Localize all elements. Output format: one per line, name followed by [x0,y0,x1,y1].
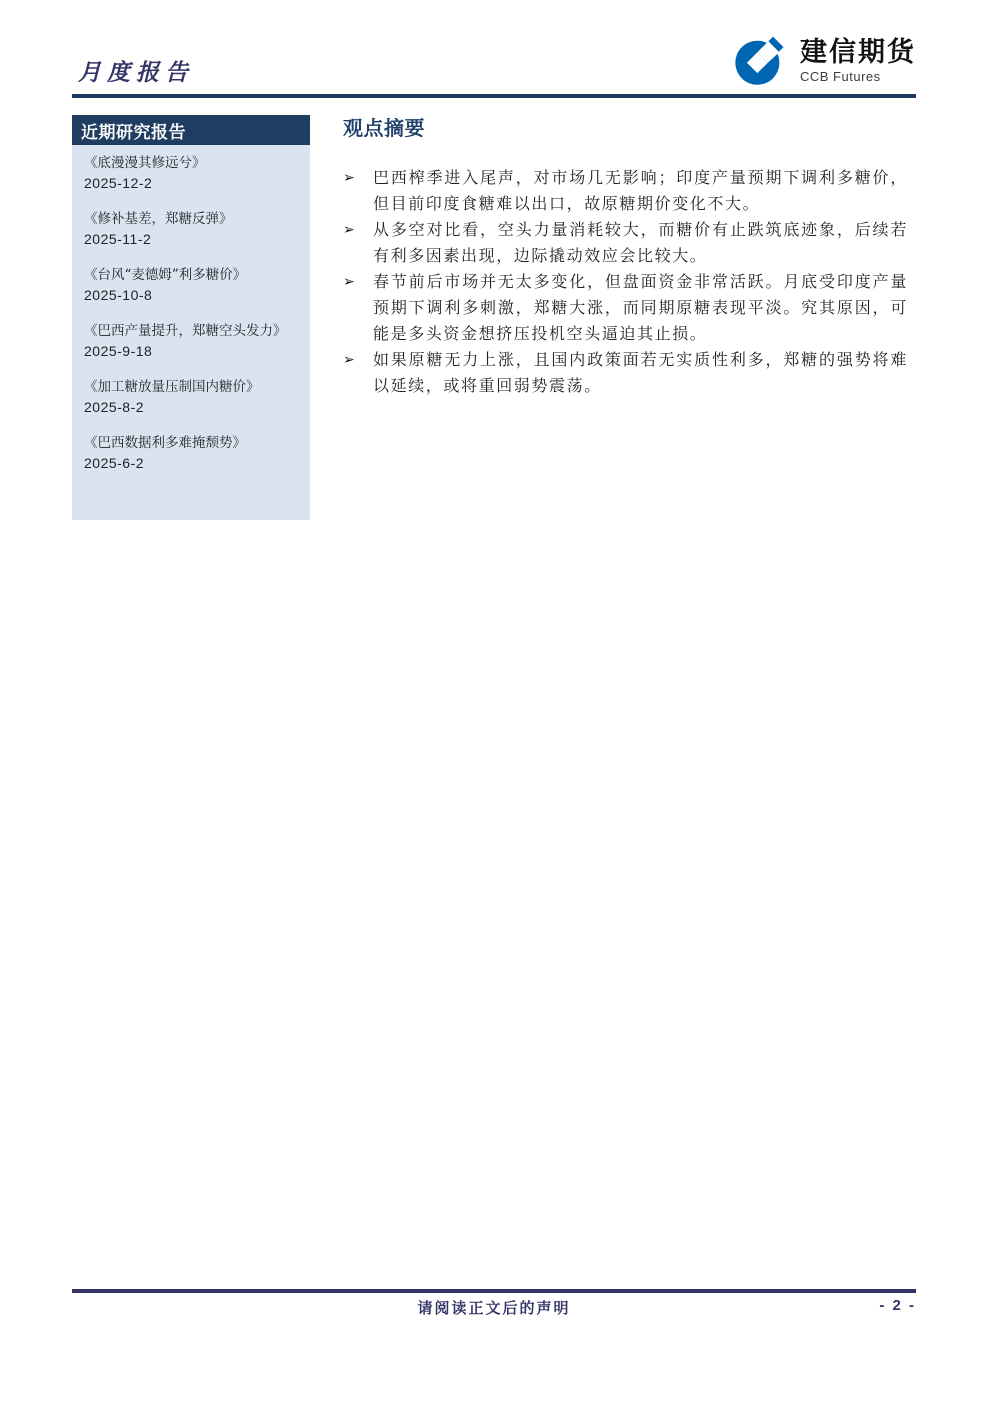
section-title: 观点摘要 [343,112,908,141]
ccb-logo-icon [733,34,791,88]
report-date: 2025-12-2 [84,173,300,193]
summary-bullet-text: 如果原糖无力上涨，且国内政策面若无实质性利多，郑糖的强势将难以延续，或将重回弱势… [373,347,908,399]
company-name-cn: 建信期货 [800,39,916,66]
report-item: 《加工糖放量压制国内糖价》 2025-8-2 [84,377,300,417]
summary-bullet: ➢ 春节前后市场并无太多变化，但盘面资金非常活跃。月底受印度产量预期下调利多刺激… [343,269,908,347]
report-date: 2025-8-2 [84,397,300,417]
report-item: 《巴西数据利多难掩颓势》 2025-6-2 [84,433,300,473]
report-item: 《巴西产量提升，郑糖空头发力》 2025-9-18 [84,321,300,361]
footer-disclaimer: 请阅读正文后的声明 [72,1297,916,1318]
report-title: 《加工糖放量压制国内糖价》 [84,377,300,397]
company-logo: 建信期货 CCB Futures [733,34,916,88]
header-divider [72,94,916,98]
arrow-bullet-icon: ➢ [343,165,373,217]
arrow-bullet-icon: ➢ [343,269,373,347]
summary-bullet: ➢ 从多空对比看，空头力量消耗较大，而糖价有止跌筑底迹象，后续若有利多因素出现，… [343,217,908,269]
summary-bullet-text: 从多空对比看，空头力量消耗较大，而糖价有止跌筑底迹象，后续若有利多因素出现，边际… [373,217,908,269]
summary-bullet: ➢ 如果原糖无力上涨，且国内政策面若无实质性利多，郑糖的强势将难以延续，或将重回… [343,347,908,399]
report-item: 《底漫漫其修远兮》 2025-12-2 [84,153,300,193]
report-title: 《巴西数据利多难掩颓势》 [84,433,300,453]
recent-reports-sidebar: 近期研究报告 《底漫漫其修远兮》 2025-12-2 《修补基差，郑糖反弹》 2… [72,115,310,520]
sidebar-title: 近期研究报告 [72,115,310,145]
arrow-bullet-icon: ➢ [343,217,373,269]
page-number: - 2 - [879,1297,916,1314]
summary-bullet-list: ➢ 巴西榨季进入尾声，对市场几无影响；印度产量预期下调利多糖价，但目前印度食糖难… [343,165,908,399]
report-date: 2025-9-18 [84,341,300,361]
footer-divider [72,1289,916,1293]
summary-bullet-text: 巴西榨季进入尾声，对市场几无影响；印度产量预期下调利多糖价，但目前印度食糖难以出… [373,165,908,217]
sidebar-report-list: 《底漫漫其修远兮》 2025-12-2 《修补基差，郑糖反弹》 2025-11-… [72,145,310,520]
company-name-en: CCB Futures [800,70,916,83]
summary-section: 观点摘要 ➢ 巴西榨季进入尾声，对市场几无影响；印度产量预期下调利多糖价，但目前… [343,112,908,399]
report-title: 《修补基差，郑糖反弹》 [84,209,300,229]
arrow-bullet-icon: ➢ [343,347,373,399]
report-item: 《修补基差，郑糖反弹》 2025-11-2 [84,209,300,249]
report-title: 《台风“麦德姆”利多糖价》 [84,265,300,285]
report-item: 《台风“麦德姆”利多糖价》 2025-10-8 [84,265,300,305]
report-date: 2025-6-2 [84,453,300,473]
summary-bullet-text: 春节前后市场并无太多变化，但盘面资金非常活跃。月底受印度产量预期下调利多刺激，郑… [373,269,908,347]
report-date: 2025-10-8 [84,285,300,305]
report-title: 《巴西产量提升，郑糖空头发力》 [84,321,300,341]
report-title: 《底漫漫其修远兮》 [84,153,300,173]
report-type-label: 月度报告 [78,54,194,87]
report-date: 2025-11-2 [84,229,300,249]
company-logo-text: 建信期货 CCB Futures [800,39,916,83]
document-page: 月度报告 建信期货 CCB Futures 近期研究报告 《底漫漫其修远兮》 2… [0,0,992,1403]
summary-bullet: ➢ 巴西榨季进入尾声，对市场几无影响；印度产量预期下调利多糖价，但目前印度食糖难… [343,165,908,217]
